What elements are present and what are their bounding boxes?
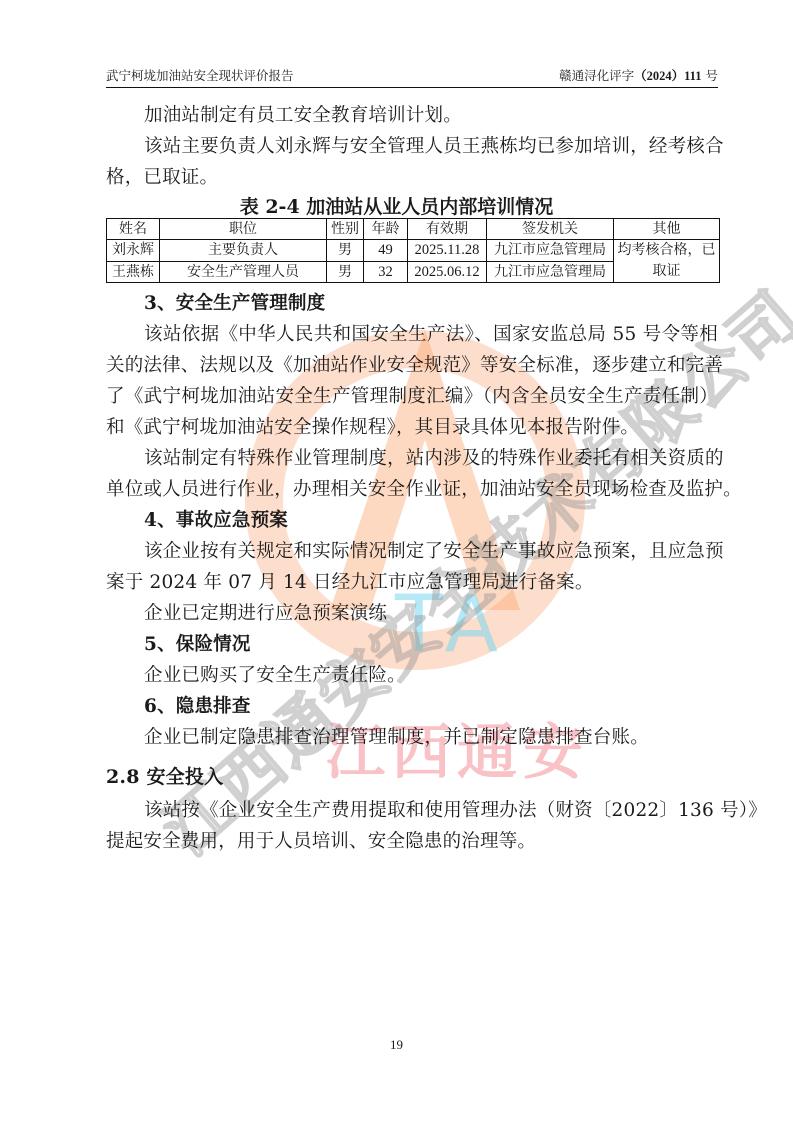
report-title: 武宁柯垅加油站安全现状评价报告 — [106, 66, 294, 84]
paragraph: 格，已取证。 — [106, 163, 218, 189]
cell-valid-until: 2025.11.28 — [408, 240, 487, 262]
training-table: 姓名 职位 性别 年龄 有效期 签发机关 其他 刘永辉 主要负责人 男 49 2… — [106, 218, 720, 283]
cell-position: 主要负责人 — [160, 240, 327, 262]
paragraph: 该站依据《中华人民共和国安全生产法》、国家安监总局 55 号令等相 — [144, 320, 718, 346]
table-header-cell: 年龄 — [364, 219, 408, 240]
section-heading: 3、安全生产管理制度 — [144, 289, 325, 315]
paragraph: 该站制定有特殊作业管理制度，站内涉及的特殊作业委托有相关资质的 — [144, 444, 718, 470]
table-header-cell: 其他 — [614, 219, 720, 240]
cell-age: 32 — [364, 261, 408, 283]
cell-age: 49 — [364, 240, 408, 262]
doc-number-year: （2024）111 — [634, 69, 701, 83]
paragraph: 企业已制定隐患排查治理管理制度，并已制定隐患排查台账。 — [144, 723, 649, 749]
cell-issuer: 九江市应急管理局 — [487, 261, 614, 283]
document-page: TA 江西通安 江西通安安全技术有限公司 武宁柯垅加油站安全现状评价报告 赣通浔… — [0, 0, 793, 1122]
paragraph: 加油站制定有员工安全教育培训计划。 — [144, 101, 462, 127]
table-row: 刘永辉 主要负责人 男 49 2025.11.28 九江市应急管理局 均考核合格… — [107, 240, 720, 262]
table-header-cell: 职位 — [160, 219, 327, 240]
paragraph: 该企业按有关规定和实际情况制定了安全生产事故应急预案，且应急预 — [144, 537, 718, 563]
section-heading: 5、保险情况 — [144, 630, 251, 656]
page-header: 武宁柯垅加油站安全现状评价报告 赣通浔化评字（2024）111 号 — [106, 66, 718, 88]
table-header-cell: 有效期 — [408, 219, 487, 240]
table-header-row: 姓名 职位 性别 年龄 有效期 签发机关 其他 — [107, 219, 720, 240]
paragraph: 关的法律、法规以及《加油站作业安全规范》等安全标准，逐步建立和完善 — [106, 351, 718, 377]
section-heading: 6、隐患排查 — [144, 692, 251, 718]
table-header-cell: 性别 — [327, 219, 364, 240]
document-number: 赣通浔化评字（2024）111 号 — [559, 66, 718, 84]
doc-number-prefix: 赣通浔化评字 — [559, 68, 634, 83]
paragraph: 企业已购买了安全生产责任险。 — [144, 661, 406, 687]
cell-other: 均考核合格，已取证 — [614, 240, 720, 283]
cell-valid-until: 2025.06.12 — [408, 261, 487, 283]
paragraph: 该站按《企业安全生产费用提取和使用管理办法（财资〔2022〕136 号）》 — [144, 796, 718, 822]
paragraph: 案于 2024 年 07 月 14 日经九江市应急管理局进行备案。 — [106, 568, 594, 594]
doc-number-suffix: 号 — [705, 68, 718, 83]
paragraph: 了《武宁柯垅加油站安全生产管理制度汇编》（内含全员安全生产责任制） — [106, 382, 718, 408]
cell-name: 王燕栋 — [107, 261, 160, 283]
paragraph: 提起安全费用，用于人员培训、安全隐患的治理等。 — [106, 827, 536, 853]
paragraph: 单位或人员进行作业，办理相关安全作业证，加油站安全员现场检查及监护。 — [106, 475, 718, 501]
cell-gender: 男 — [327, 261, 364, 283]
cell-position: 安全生产管理人员 — [160, 261, 327, 283]
cell-name: 刘永辉 — [107, 240, 160, 262]
paragraph: 企业已定期进行应急预案演练 — [144, 599, 387, 625]
table-header-cell: 签发机关 — [487, 219, 614, 240]
cell-gender: 男 — [327, 240, 364, 262]
paragraph: 和《武宁柯垅加油站安全操作规程》，其目录具体见本报告附件。 — [106, 413, 639, 439]
section-heading: 2.8 安全投入 — [106, 762, 223, 789]
table-header-cell: 姓名 — [107, 219, 160, 240]
paragraph: 该站主要负责人刘永辉与安全管理人员王燕栋均已参加培训，经考核合 — [144, 132, 718, 158]
table-title: 表 2-4 加油站从业人员内部培训情况 — [0, 192, 793, 219]
cell-issuer: 九江市应急管理局 — [487, 240, 614, 262]
section-heading: 4、事故应急预案 — [144, 506, 288, 532]
page-number: 19 — [0, 1037, 793, 1053]
